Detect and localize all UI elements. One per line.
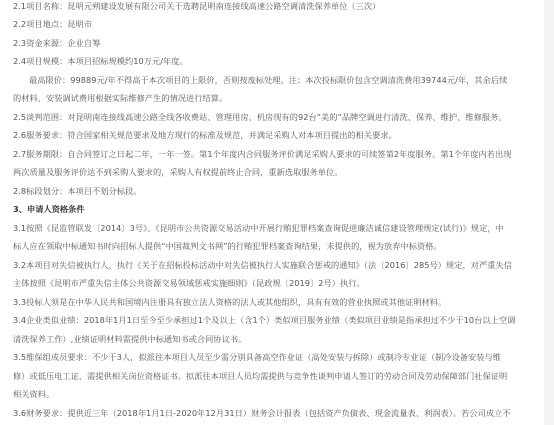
item-2-7-service-period: 2.7服务期限：自合同签订之日起二年，一年一签。第1个年度内合同服务评价满足采购… bbox=[13, 149, 512, 160]
item-3-4-cont: 清洗保养工作）,业绩证明材料需提供中标通知书或合同协议书。 bbox=[13, 334, 246, 345]
item-3-5-cont-2: 相关资料。 bbox=[13, 389, 54, 400]
item-3-2-cont: 主体按照《昆明市严重失信主体公共资源交易领域惩戒实施细则》（昆政规〔2019〕2… bbox=[13, 278, 365, 289]
item-2-1-project-name: 2.1项目名称：昆明元朔建设发展有限公司关于选聘昆明南连接线高速公路空调清洗保养… bbox=[13, 1, 380, 12]
item-3-5: 3.5维保组成员要求：不少于3人，拟派往本项目人员至少需分别具备高空作业证（高处… bbox=[13, 352, 501, 363]
item-3-6: 3.6财务要求：提供近三年（2018年1月1日-2020年12月31日）财务会计… bbox=[13, 408, 511, 419]
item-3-1-cont: 标人应在领取中标通知书时向招标人提供“中国裁判文书网”的行贿犯罪档案查询结果，未… bbox=[13, 241, 442, 252]
item-3-2: 3.2本项目对失信被执行人，执行《关于在招标投标活动中对失信被执行人实施联合惩戒… bbox=[13, 260, 512, 271]
max-price-paragraph-cont: 的材料、安装调试费用根据实际维修产生的情况进行结算。 bbox=[13, 93, 227, 104]
max-price-paragraph: 最高限价：99889元/年不得高于本次项目的上限价，否则按废标处理。注：本次投标… bbox=[29, 75, 507, 86]
item-3-3: 3.3投标人须是在中华人民共和国境内注册具有独立法人资格的法人或其他组织，具有有… bbox=[13, 297, 446, 308]
item-2-2-project-location: 2.2项目地点：昆明市 bbox=[13, 19, 92, 30]
item-2-3-funding-source: 2.3资金来源：企业自筹 bbox=[13, 38, 100, 49]
item-3-5-cont: 修）或低压电工证，需提供相关岗位资格证书。拟派往本项目人员均需提供与竞争性谈判申… bbox=[13, 371, 507, 382]
item-2-8-lot-division: 2.8标段划分：本项目不划分标段。 bbox=[13, 186, 142, 197]
item-2-6-service-requirements: 2.6服务要求：符合国家相关规范要求及地方现行的标准及规范，并满足采购人对本项目… bbox=[13, 130, 397, 141]
item-2-5-negotiation-scope: 2.5谈判范围：对昆明南连接线高速公路全线各收费站、管理用房、机房现有的92台“… bbox=[13, 112, 507, 123]
section-3-heading: 3、申请人资格条件 bbox=[13, 204, 85, 215]
item-2-4-project-scale: 2.4项目规模：本项目招标规模约10万元/年度。 bbox=[13, 56, 188, 67]
document-page: 2.1项目名称：昆明元朔建设发展有限公司关于选聘昆明南连接线高速公路空调清洗保养… bbox=[0, 0, 544, 425]
page-side-strip bbox=[544, 0, 554, 425]
item-3-1: 3.1按照《昆监管联发〔2014〕3号》、《昆明市公共资源交易活动中开展行贿犯罪… bbox=[13, 223, 504, 234]
item-2-7-service-period-cont: 两次质量及服务评价达不到采购人要求的，采购人有权提前终止合同，重新选取服务单位。 bbox=[13, 167, 343, 178]
item-3-4: 3.4企业类似业绩：2018年1月1日至今至少承担过1个及以上（含1个）类似项目… bbox=[13, 315, 515, 326]
